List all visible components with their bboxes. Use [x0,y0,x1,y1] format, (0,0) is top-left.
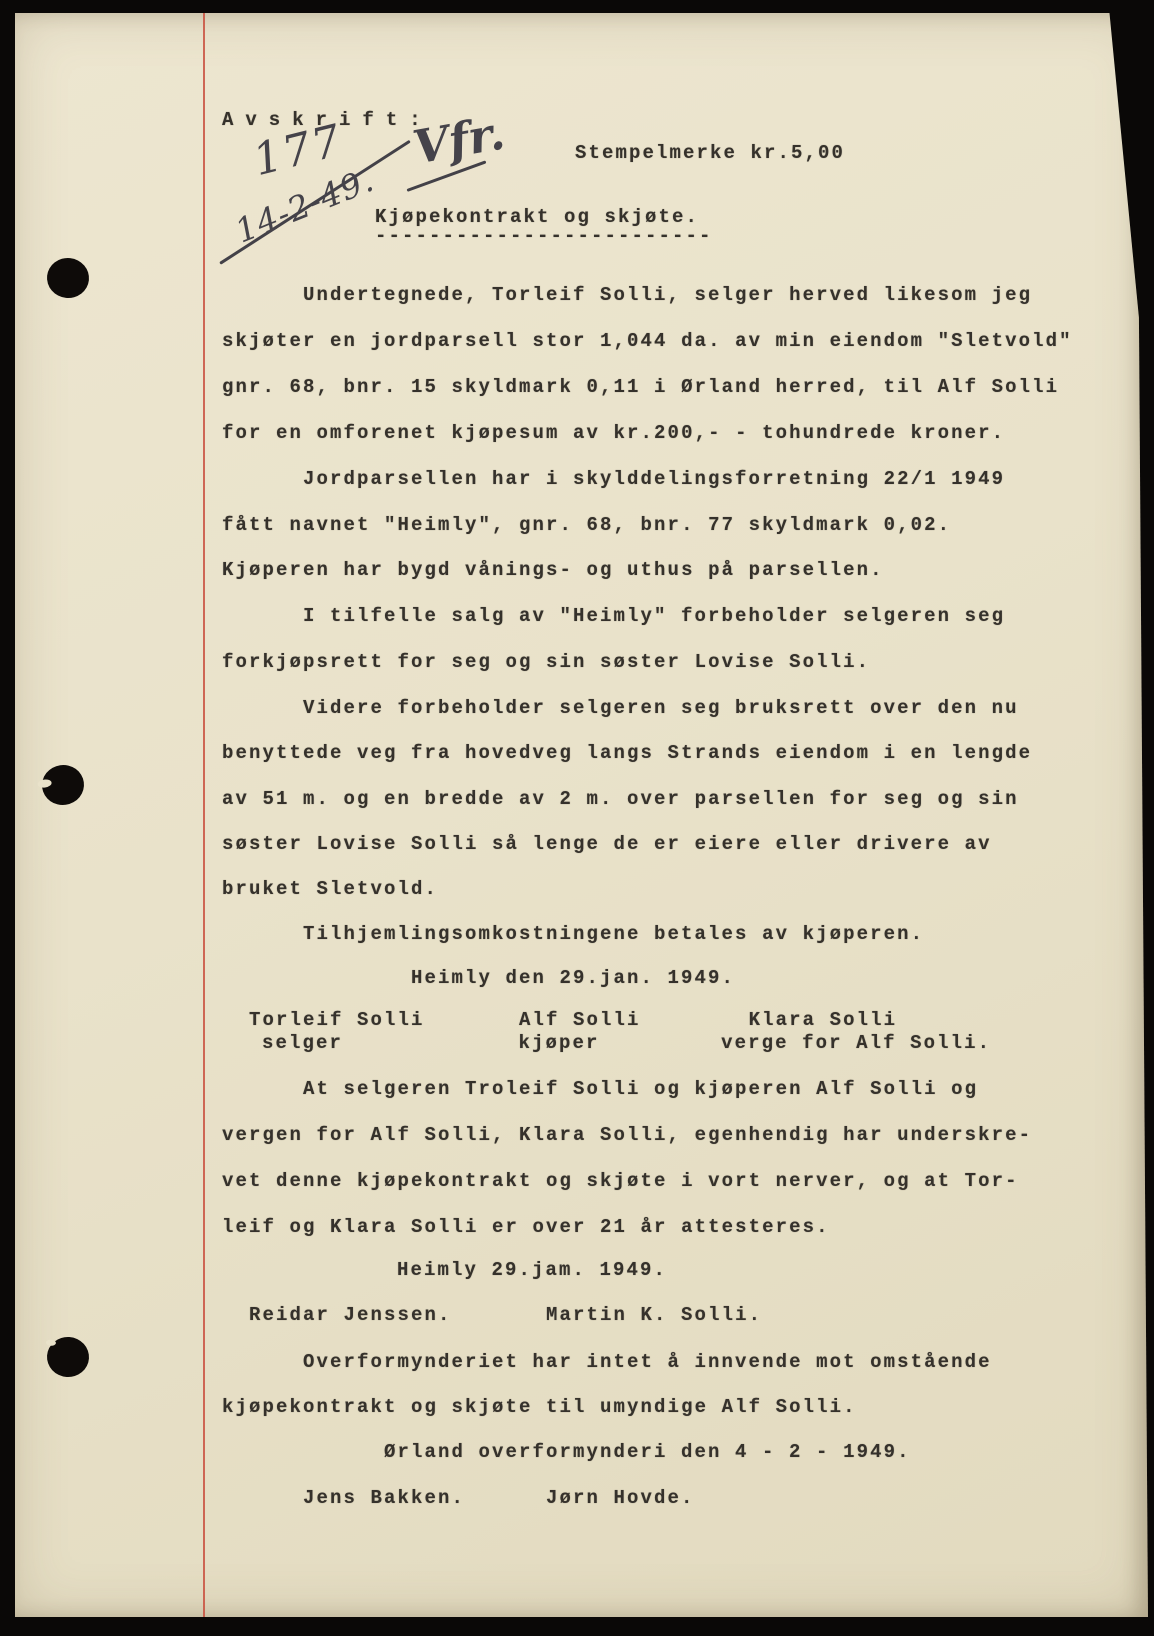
typed-line: av 51 m. og en bredde av 2 m. over parse… [222,787,1019,811]
typed-line: Undertegnede, Torleif Solli, selger herv… [303,283,1032,307]
typed-line: forkjøpsrett for seg og sin søster Lovis… [222,650,870,674]
typed-line: Heimly den 29.jan. 1949. [411,966,735,990]
red-margin-rule [203,13,205,1617]
typed-line: Jordparsellen har i skylddelingsforretni… [303,467,1005,491]
typed-line: At selgeren Troleif Solli og kjøperen Al… [303,1077,978,1101]
typed-line: søster Lovise Solli så lenge de er eiere… [222,832,992,856]
stamp-duty-note: Stempelmerke kr.5,00 [575,141,845,165]
punch-hole-highlight [46,1339,56,1346]
scanned-document-background: Avskrift: Stempelmerke kr.5,00 177 14-2-… [0,0,1154,1636]
typed-line: Videre forbeholder selgeren seg bruksret… [303,696,1019,720]
typed-line: gnr. 68, bnr. 15 skyldmark 0,11 i Ørland… [222,375,1059,399]
typed-line: Jens Bakken. Jørn Hovde. [303,1486,695,1510]
typed-line: fått navnet "Heimly", gnr. 68, bnr. 77 s… [222,513,951,537]
document-page: Avskrift: Stempelmerke kr.5,00 177 14-2-… [15,13,1148,1617]
typed-line: Torleif Solli Alf Solli Klara Solli [249,1008,897,1032]
punch-hole-highlight [37,779,52,789]
typed-line: skjøter en jordparsell stor 1,044 da. av… [222,329,1073,353]
typed-line: for en omforenet kjøpesum av kr.200,- - … [222,421,1005,445]
typed-line: vet denne kjøpekontrakt og skjøte i vort… [222,1169,1019,1193]
typed-line: Reidar Jenssen. Martin K. Solli. [249,1303,762,1327]
typed-line: I tilfelle salg av "Heimly" forbeholder … [303,604,1005,628]
typed-line: kjøpekontrakt og skjøte til umyndige Alf… [222,1395,857,1419]
punch-hole-middle [39,762,86,807]
punch-hole-top [45,256,91,300]
typed-line: Heimly 29.jam. 1949. [397,1258,667,1282]
typed-line: bruket Sletvold. [222,877,438,901]
typed-line: selger kjøper verge for Alf Solli. [262,1031,991,1055]
punch-hole-bottom [46,1336,91,1379]
typed-line: vergen for Alf Solli, Klara Solli, egenh… [222,1123,1032,1147]
typed-line: Tilhjemlingsomkostningene betales av kjø… [303,922,924,946]
typed-line: Overformynderiet har intet å innvende mo… [303,1350,992,1374]
typed-line: Kjøperen har bygd vånings- og uthus på p… [222,558,884,582]
title-dashed-underline: ------------------------- [375,224,713,248]
typed-line: benyttede veg fra hovedveg langs Strands… [222,741,1032,765]
typed-line: leif og Klara Solli er over 21 år attest… [222,1215,830,1239]
typed-line: Ørland overformynderi den 4 - 2 - 1949. [384,1440,911,1464]
